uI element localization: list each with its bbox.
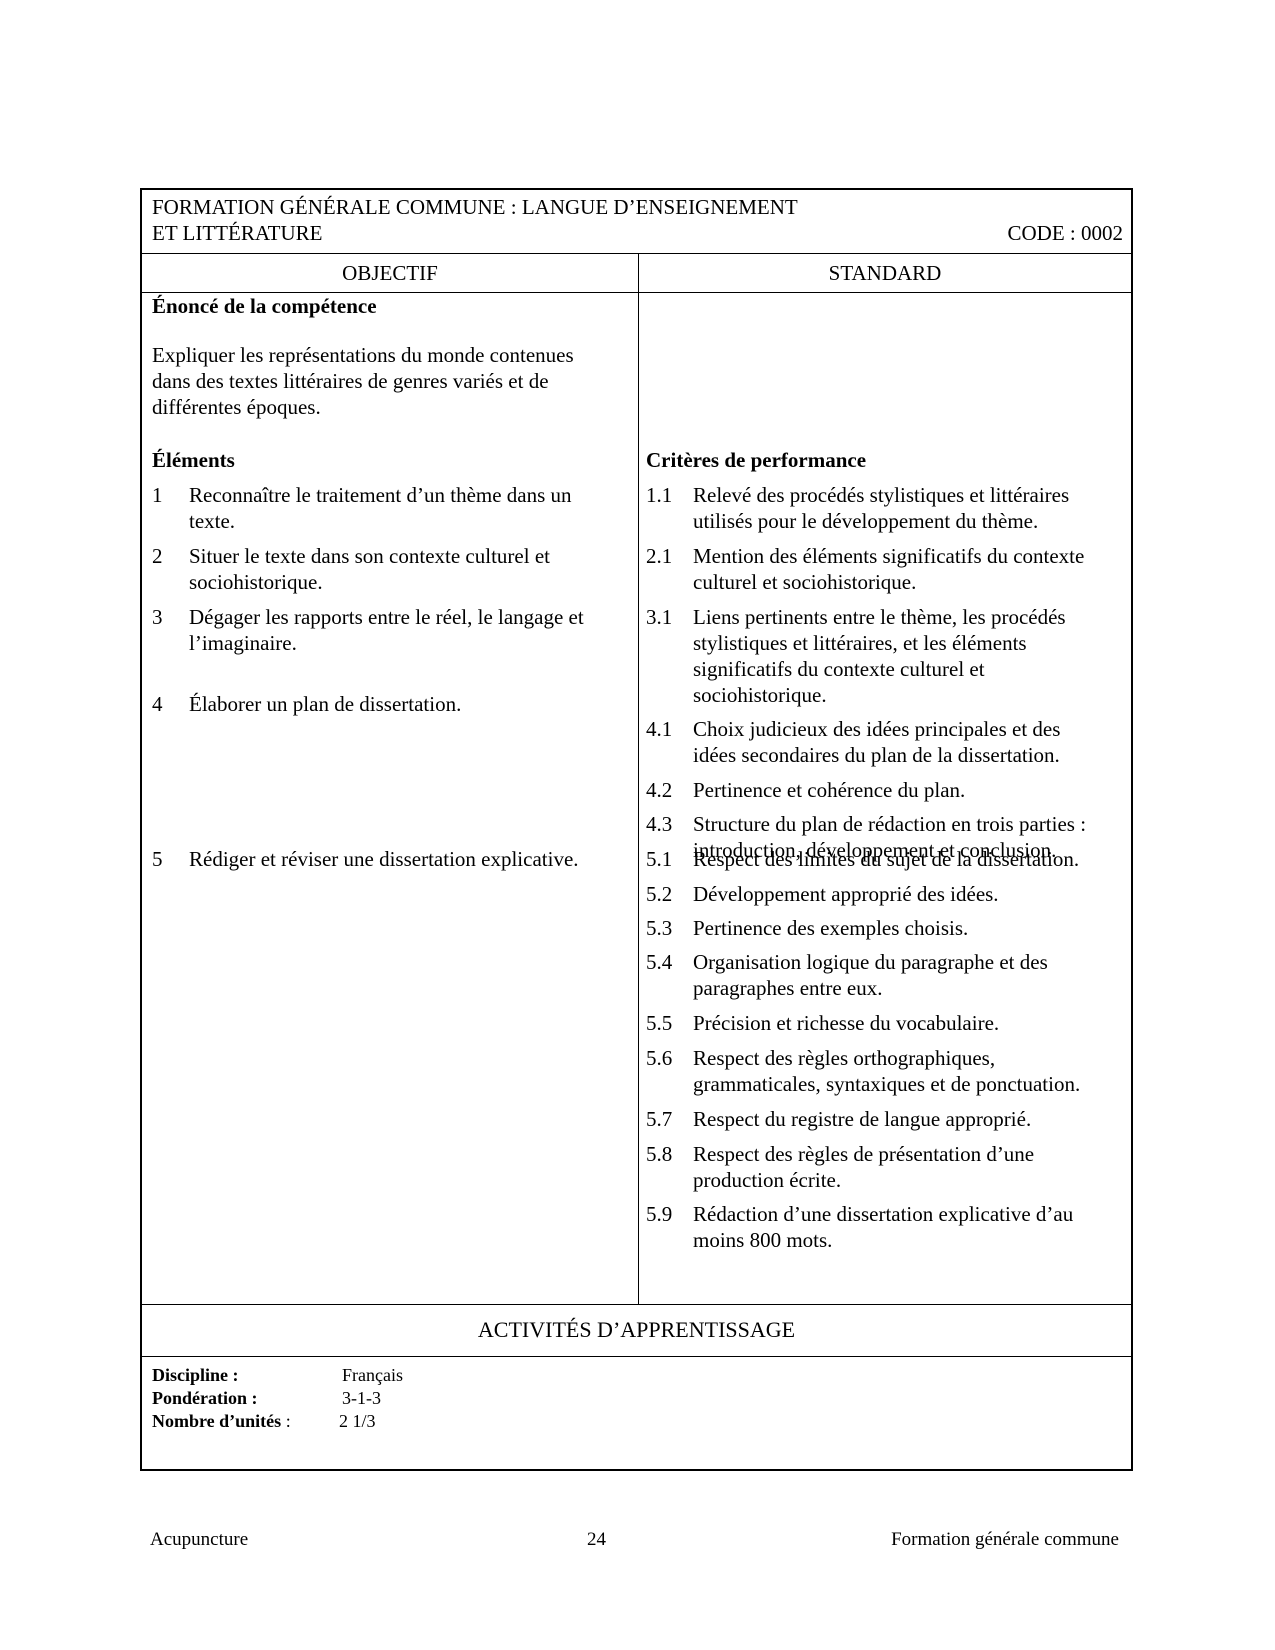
critere-text: Choix judicieux des idées principales et… bbox=[693, 716, 1124, 768]
discipline-label: Discipline : bbox=[152, 1364, 239, 1387]
critere-number: 5.8 bbox=[646, 1141, 672, 1167]
competency-table: FORMATION GÉNÉRALE COMMUNE : LANGUE D’EN… bbox=[140, 188, 1133, 1471]
critere-text: Mention des éléments significatifs du co… bbox=[693, 543, 1124, 595]
discipline-value: Français bbox=[342, 1364, 403, 1387]
footer-left: Acupuncture bbox=[150, 1528, 248, 1552]
critere-number: 5.7 bbox=[646, 1106, 672, 1132]
element-text: Rédiger et réviser une dissertation expl… bbox=[189, 846, 632, 872]
ponderation-label: Pondération : bbox=[152, 1387, 258, 1410]
element-text: Reconnaître le traitement d’un thème dan… bbox=[189, 482, 632, 534]
critere-number: 5.3 bbox=[646, 915, 672, 941]
critere-number: 3.1 bbox=[646, 604, 672, 630]
critere-number: 5.5 bbox=[646, 1010, 672, 1036]
criteres-heading: Critères de performance bbox=[646, 447, 866, 473]
element-number: 5 bbox=[152, 846, 163, 872]
critere-text: Rédaction d’une dissertation explicative… bbox=[693, 1201, 1124, 1253]
element-text: Dégager les rapports entre le réel, le l… bbox=[189, 604, 632, 656]
column-divider bbox=[638, 254, 639, 1304]
critere-text: Organisation logique du paragraphe et de… bbox=[693, 949, 1124, 1001]
critere-text: Respect des règles orthographiques,gramm… bbox=[693, 1045, 1124, 1097]
critere-text: Précision et richesse du vocabulaire. bbox=[693, 1010, 1124, 1036]
critere-number: 4.1 bbox=[646, 716, 672, 742]
enonce-text: Expliquer les représentations du monde c… bbox=[152, 342, 632, 420]
elements-heading: Éléments bbox=[152, 447, 235, 473]
critere-number: 5.9 bbox=[646, 1201, 672, 1227]
column-header-objectif: OBJECTIF bbox=[142, 254, 638, 292]
unites-label-text: Nombre d’unités bbox=[152, 1411, 281, 1431]
element-number: 2 bbox=[152, 543, 163, 569]
critere-text: Développement approprié des idées. bbox=[693, 881, 1124, 907]
element-number: 4 bbox=[152, 691, 163, 717]
critere-text: Relevé des procédés stylistiques et litt… bbox=[693, 482, 1124, 534]
enonce-line: dans des textes littéraires de genres va… bbox=[152, 368, 632, 394]
title-line-1: FORMATION GÉNÉRALE COMMUNE : LANGUE D’EN… bbox=[152, 194, 798, 220]
enonce-line: différentes époques. bbox=[152, 394, 632, 420]
table-header: FORMATION GÉNÉRALE COMMUNE : LANGUE D’EN… bbox=[142, 190, 1131, 254]
critere-text: Pertinence et cohérence du plan. bbox=[693, 777, 1124, 803]
critere-text: Respect des règles de présentation d’une… bbox=[693, 1141, 1124, 1193]
footer-right: Formation générale commune bbox=[891, 1528, 1119, 1552]
critere-number: 5.4 bbox=[646, 949, 672, 975]
title-line-2: ET LITTÉRATURE bbox=[152, 220, 323, 246]
enonce-line: Expliquer les représentations du monde c… bbox=[152, 342, 632, 368]
course-code: CODE : 0002 bbox=[1008, 220, 1124, 246]
unites-label: Nombre d’unités : bbox=[152, 1410, 291, 1433]
column-header-standard: STANDARD bbox=[639, 254, 1131, 292]
critere-number: 4.2 bbox=[646, 777, 672, 803]
critere-number: 2.1 bbox=[646, 543, 672, 569]
ponderation-value: 3-1-3 bbox=[342, 1387, 381, 1410]
unites-colon: : bbox=[281, 1411, 291, 1431]
critere-text: Respect du registre de langue approprié. bbox=[693, 1106, 1124, 1132]
critere-text: Respect des limites du sujet de la disse… bbox=[693, 846, 1124, 872]
element-number: 1 bbox=[152, 482, 163, 508]
critere-number: 1.1 bbox=[646, 482, 672, 508]
column-headers: OBJECTIF STANDARD bbox=[142, 254, 1131, 293]
critere-number: 5.6 bbox=[646, 1045, 672, 1071]
critere-number: 5.2 bbox=[646, 881, 672, 907]
page-number: 24 bbox=[587, 1528, 606, 1552]
unites-value: 2 1/3 bbox=[339, 1410, 376, 1433]
element-text: Élaborer un plan de dissertation. bbox=[189, 691, 632, 717]
activites-heading: ACTIVITÉS D’APPRENTISSAGE bbox=[142, 1304, 1131, 1357]
critere-text: Liens pertinents entre le thème, les pro… bbox=[693, 604, 1124, 708]
element-number: 3 bbox=[152, 604, 163, 630]
enonce-heading: Énoncé de la compétence bbox=[152, 293, 377, 319]
critere-text: Pertinence des exemples choisis. bbox=[693, 915, 1124, 941]
element-text: Situer le texte dans son contexte cultur… bbox=[189, 543, 632, 595]
critere-number: 4.3 bbox=[646, 811, 672, 837]
critere-number: 5.1 bbox=[646, 846, 672, 872]
